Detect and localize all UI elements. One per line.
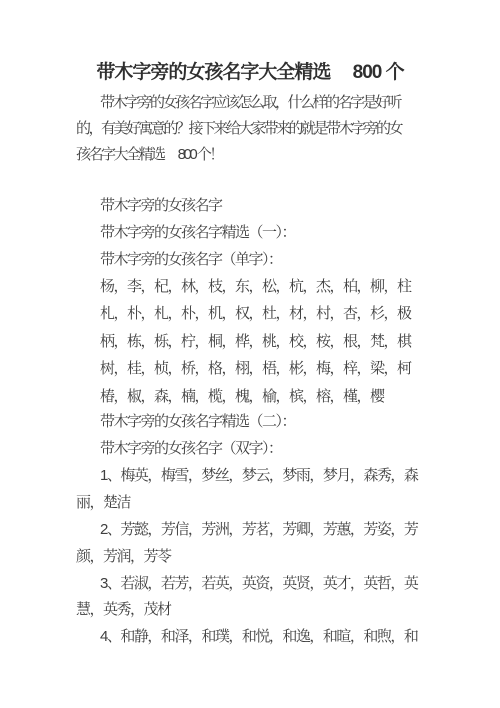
names-single-row: 树，桂，桢，桥，格，栩，梧，彬，梅，梓，梁，柯 [100, 360, 411, 377]
names-single-row: 椿，椒，森，楠，榄，槐，榆，槟，榕，槿，樱 [100, 388, 384, 405]
section-subheading-1: 带木字旁的女孩名字精选（一）： [100, 224, 295, 241]
names-single-row: 札，朴，札，朴，机，权，杜，材，村，杏，杉，极 [100, 305, 411, 322]
names-pair-line-wrap: 颜，芳润，芳苓 [76, 548, 171, 565]
section-subheading-2: 带木字旁的女孩名字精选（二）： [100, 413, 295, 430]
names-pair-line: 2、芳懿，芳信，芳洲，芳茗，芳卿，芳蕙，芳姿，芳 [100, 521, 417, 538]
names-pair-line-wrap: 丽，楚洁 [76, 494, 130, 511]
single-char-heading: 带木字旁的女孩名字（单字）： [100, 251, 282, 268]
intro-line: 孩名字大全精选 800 个！ [76, 146, 222, 163]
intro-line: 带木字旁的女孩名字应该怎么取，什么样的名字是好听 [100, 94, 400, 111]
names-pair-line: 3、若淑，若芳，若英，英资，英贤，英才，英哲，英 [100, 575, 417, 592]
section-heading: 带木字旁的女孩名字 [100, 197, 222, 214]
names-pair-line-wrap: 慧，英秀，茂材 [76, 601, 171, 618]
names-pair-line: 1、梅英，梅雪，梦丝，梦云，梦雨，梦月，森秀，森 [100, 467, 417, 484]
names-pair-line: 4、和静，和泽，和璞，和悦，和逸，和暄，和煦，和 [100, 628, 417, 645]
names-single-row: 柄，栋，栎，柠，桐，桦，桃，校，桉，根，梵，棋 [100, 333, 411, 350]
double-char-heading: 带木字旁的女孩名字（双字）： [100, 440, 282, 457]
intro-line: 的，有美好寓意的？接下来给大家带来的就是带木字旁的女 [76, 120, 401, 137]
doc-title: 带木字旁的女孩名字大全精选 800 个 [0, 61, 500, 85]
document-page: 带木字旁的女孩名字大全精选 800 个 带木字旁的女孩名字应该怎么取，什么样的名… [0, 0, 500, 708]
names-single-row: 杨，李，杞，林，枝，东，松，杭，杰，柏，柳，柱 [100, 278, 411, 295]
